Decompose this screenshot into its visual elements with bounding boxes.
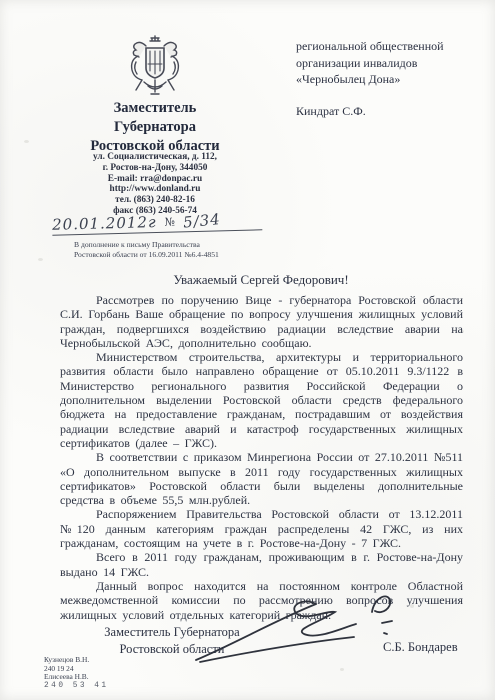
recipient-person: Киндрат С.Ф. <box>296 103 476 120</box>
address-line: http://www.donland.ru <box>28 184 282 195</box>
handwritten-date: 20.01.2012г <box>52 213 157 234</box>
letterhead-title-line: Губернатора <box>28 118 282 137</box>
handwritten-number: 5/34 <box>182 210 221 232</box>
letter-body: Рассмотрев по поручению Вице - губернато… <box>60 293 463 622</box>
number-sign: № <box>164 216 175 231</box>
executor-name: Елисеева Н.В. <box>44 673 164 682</box>
handwritten-reference-line: 20.01.2012г № 5/34 <box>52 202 263 235</box>
signer-position: Заместитель Губернатора Ростовской облас… <box>88 624 256 658</box>
addendum-line: Ростовской области от 16.09.2011 №6.4-48… <box>74 250 274 260</box>
body-paragraph: Министерством строительства, архитектуры… <box>60 350 463 450</box>
recipient-block: региональной общественной организации ин… <box>296 38 476 119</box>
body-paragraph: Всего в 2011 году гражданам, проживающим… <box>60 550 463 579</box>
letterhead-title-line: Заместитель <box>28 99 282 118</box>
salutation: Уважаемый Сергей Федорович! <box>60 272 462 288</box>
recipient-org-line: организации инвалидов <box>296 55 476 72</box>
scan-speck <box>340 668 344 671</box>
body-paragraph: В соответствии с приказом Минрегиона Рос… <box>60 450 463 507</box>
addendum-line: В дополнение к письму Правительства <box>74 240 274 250</box>
scan-speck <box>38 258 43 261</box>
letterhead-title: Заместитель Губернатора Ростовской облас… <box>28 99 282 156</box>
executor-phone: 240 53 41 <box>44 682 164 691</box>
recipient-org-line: региональной общественной <box>296 38 476 55</box>
rostov-coat-of-arms-icon <box>124 34 186 100</box>
address-line: E-mail: rra@donpac.ru <box>28 174 282 185</box>
signer-name: С.Б. Бондарев <box>383 640 483 655</box>
body-paragraph: Рассмотрев по поручению Вице - губернато… <box>60 293 463 350</box>
signer-position-line: Заместитель Губернатора <box>88 624 256 641</box>
executor-contacts: Кузнецов В.Н. 240 19 24 Елисеева Н.В. 24… <box>44 656 164 690</box>
recipient-org-line: «Чернобылец Дона» <box>296 71 476 88</box>
body-paragraph: Распоряжением Правительства Ростовской о… <box>60 507 463 550</box>
address-line: г. Ростов-на-Дону, 344050 <box>28 163 282 174</box>
scanned-letter-page: Заместитель Губернатора Ростовской облас… <box>0 0 495 700</box>
address-line: ул. Социалистическая, д. 112, <box>28 152 282 163</box>
addendum-note: В дополнение к письму Правительства Рост… <box>74 240 274 259</box>
